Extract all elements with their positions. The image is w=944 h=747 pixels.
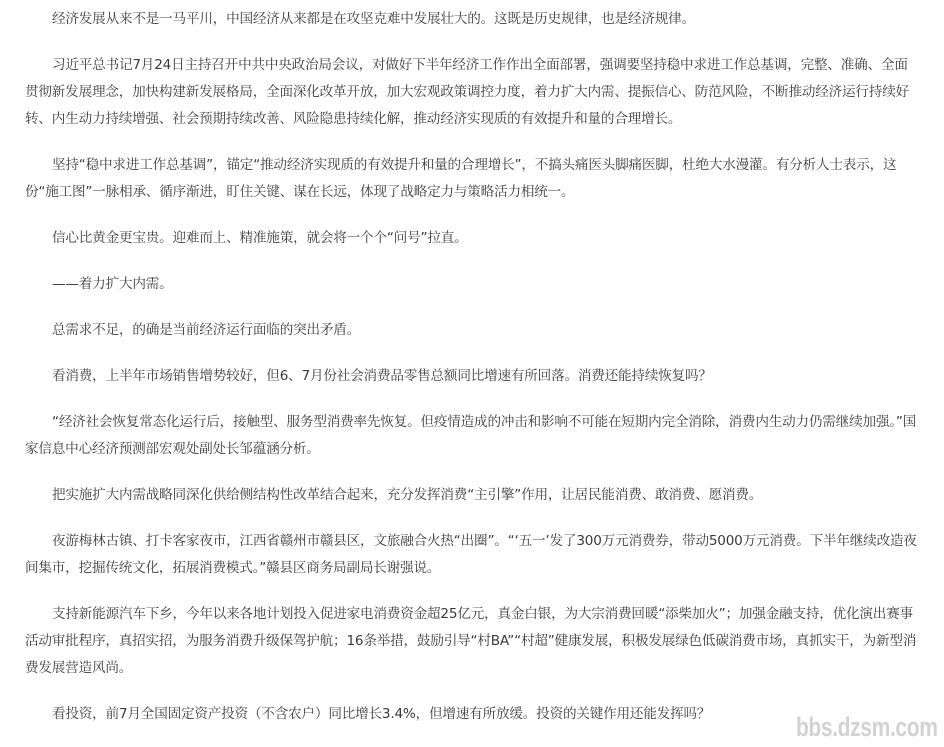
paragraph-insufficient-demand: 总需求不足，的确是当前经济运行面临的突出矛盾。 [25, 317, 921, 344]
paragraph-ganxian-example: 夜游梅林古镇、打卡客家夜市，江西省赣州市赣县区，文旅融合火热“出圈”。“‘五一’… [25, 528, 921, 582]
paragraph-intro: 经济发展从来不是一马平川，中国经济从来都是在攻坚克难中发展壮大的。这既是历史规律… [25, 6, 921, 33]
paragraph-politburo-meeting: 习近平总书记7月24日主持召开中共中央政治局会议，对做好下半年经济工作作出全面部… [25, 52, 921, 133]
paragraph-section-heading-domestic-demand: ——着力扩大内需。 [25, 271, 921, 298]
paragraph-confidence: 信心比黄金更宝贵。迎难而上、精准施策，就会将一个个“问号”拉直。 [25, 225, 921, 252]
paragraph-general-tone: 坚持“稳中求进工作总基调”，锚定“推动经济实现质的有效提升和量的合理增长”，不搞… [25, 152, 921, 206]
paragraph-policy-measures: 支持新能源汽车下乡，今年以来各地计划投入促进家电消费资金超25亿元，真金白银，为… [25, 601, 921, 682]
paragraph-investment-question: 看投资，前7月全国固定资产投资（不含农户）同比增长3.4%，但增速有所放缓。投资… [25, 701, 921, 728]
article-body: 经济发展从来不是一马平川，中国经济从来都是在攻坚克难中发展壮大的。这既是历史规律… [25, 6, 921, 747]
paragraph-expert-quote: “经济社会恢复常态化运行后，接触型、服务型消费率先恢复。但疫情造成的冲击和影响不… [25, 409, 921, 463]
paragraph-consumption-question: 看消费，上半年市场销售增势较好，但6、7月份社会消费品零售总额同比增速有所回落。… [25, 363, 921, 390]
paragraph-consumption-engine: 把实施扩大内需战略同深化供给侧结构性改革结合起来，充分发挥消费“主引擎”作用，让… [25, 482, 921, 509]
site-watermark: bbs.dzsm.com [796, 712, 938, 743]
